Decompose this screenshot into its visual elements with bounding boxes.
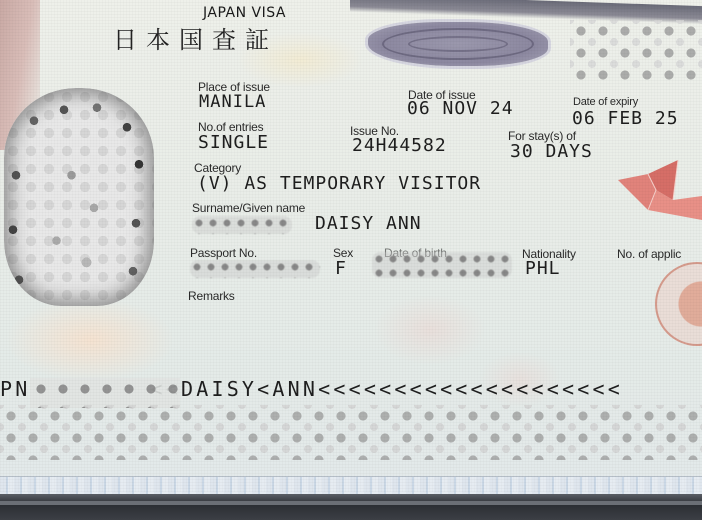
date-of-issue-value: 06 NOV 24 xyxy=(407,98,514,119)
given-name-value: DAISY ANN xyxy=(315,213,422,234)
cover-edge-line xyxy=(0,501,702,505)
date-of-expiry-value: 06 FEB 25 xyxy=(572,108,679,129)
issue-no-value: 24H44582 xyxy=(352,135,447,156)
origami-crane-icon xyxy=(618,160,702,230)
date-of-expiry-label: Date of expiry xyxy=(573,96,638,108)
remarks-label: Remarks xyxy=(188,289,235,303)
passport-cover-edge xyxy=(0,494,702,520)
no-of-entries-value: SINGLE xyxy=(198,132,269,153)
page-edge-strip xyxy=(0,476,702,495)
chrysanthemum-seal-icon xyxy=(655,262,702,346)
mrz-line-1-redacted xyxy=(30,378,180,408)
category-value: (V) AS TEMPORARY VISITOR xyxy=(197,173,481,194)
mrz-prefix: PN xyxy=(0,377,30,401)
place-of-issue-value: MANILA xyxy=(199,92,266,112)
sex-value: F xyxy=(335,258,347,279)
hologram-emblem-icon xyxy=(368,22,548,66)
visa-title-japanese: 日本国査証 xyxy=(113,20,278,55)
date-of-birth-redacted xyxy=(372,252,512,278)
for-stay-value: 30 DAYS xyxy=(510,141,593,162)
visa-page: JAPAN VISA 日本国査証 Place of issue MANILA D… xyxy=(0,0,702,492)
nationality-value: PHL xyxy=(525,258,561,279)
visa-title: JAPAN VISA xyxy=(203,5,286,21)
no-of-applicants-label: No. of applic xyxy=(617,247,681,261)
surname-redacted xyxy=(192,216,292,234)
name-label: Surname/Given name xyxy=(192,201,305,215)
photo-redacted xyxy=(4,88,154,306)
mrz-line-2-redacted xyxy=(0,405,702,460)
passport-no-label: Passport No. xyxy=(190,246,257,260)
passport-no-redacted xyxy=(190,260,320,278)
redaction-top-right xyxy=(570,20,702,80)
mrz-name: <<DAISY<ANN<<<<<<<<<<<<<<<<<<<< xyxy=(150,377,622,401)
